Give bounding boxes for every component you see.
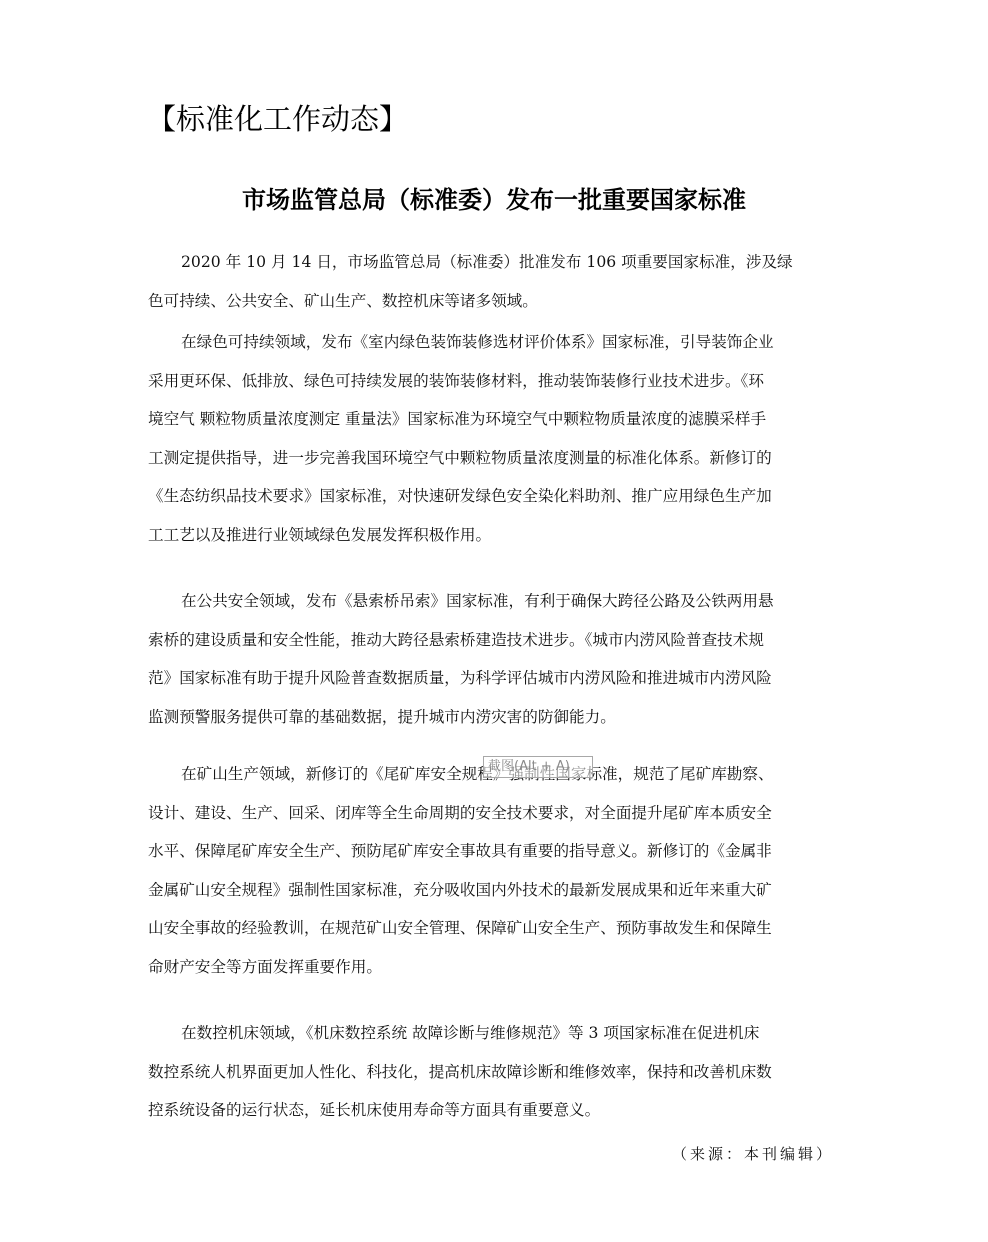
article-title: 市场监管总局（标准委）发布一批重要国家标准 [0,180,988,220]
text-line: 范》国家标准有助于提升风险普查数据质量，为科学评估城市内涝风险和推进城市内涝风险 [148,659,841,698]
text-line: 金属矿山安全规程》强制性国家标准，充分吸收国内外技术的最新发展成果和近年来重大矿 [148,871,841,910]
text-line: 《生态纺织品技术要求》国家标准，对快速研发绿色安全染化料助剂、推广应用绿色生产加 [148,477,841,516]
text-line: 采用更环保、低排放、绿色可持续发展的装饰装修材料，推动装饰装修行业技术进步。《环 [148,362,841,401]
text-line: 命财产安全等方面发挥重要作用。 [148,948,841,987]
text-line: 工工艺以及推进行业领域绿色发展发挥积极作用。 [148,516,841,555]
document-page: 【标准化工作动态】 市场监管总局（标准委）发布一批重要国家标准 2020 年 1… [0,0,988,1242]
text-line: 索桥的建设质量和安全性能，推动大跨径悬索桥建造技术进步。《城市内涝风险普查技术规 [148,621,841,660]
text-line: 设计、建设、生产、回采、闭库等全生命周期的安全技术要求，对全面提升尾矿库本质安全 [148,794,841,833]
text-line: 2020 年 10 月 14 日，市场监管总局（标准委）批准发布 106 项重要… [148,243,841,282]
text-line: 监测预警服务提供可靠的基础数据，提升城市内涝灾害的防御能力。 [148,698,841,737]
paragraph-2: 在绿色可持续领域，发布《室内绿色装饰装修选材评价体系》国家标准，引导装饰企业 采… [148,323,841,555]
paragraph-5: 在数控机床领域，《机床数控系统 故障诊断与维修规范》等 3 项国家标准在促进机床… [148,1014,841,1130]
text-line: 色可持续、公共安全、矿山生产、数控机床等诸多领域。 [148,282,841,321]
paragraph-3: 在公共安全领域，发布《悬索桥吊索》国家标准，有利于确保大跨径公路及公铁两用悬 索… [148,582,841,736]
text-line: 在绿色可持续领域，发布《室内绿色装饰装修选材评价体系》国家标准，引导装饰企业 [148,323,841,362]
paragraph-4: 在矿山生产领域，新修订的《尾矿库安全规程》强制性国家标准，规范了尾矿库勘察、 设… [148,755,841,987]
screenshot-tooltip: 截图(Alt + A) [483,756,593,778]
text-line: 在数控机床领域，《机床数控系统 故障诊断与维修规范》等 3 项国家标准在促进机床 [148,1014,841,1053]
text-line: 山安全事故的经验教训，在规范矿山安全管理、保障矿山安全生产、预防事故发生和保障生 [148,909,841,948]
paragraph-1: 2020 年 10 月 14 日，市场监管总局（标准委）批准发布 106 项重要… [148,243,841,320]
text-line: 水平、保障尾矿库安全生产、预防尾矿库安全事故具有重要的指导意义。新修订的《金属非 [148,832,841,871]
section-header: 【标准化工作动态】 [147,99,408,139]
text-line: 数控系统人机界面更加人性化、科技化，提高机床故障诊断和维修效率，保持和改善机床数 [148,1053,841,1092]
text-line: 境空气 颗粒物质量浓度测定 重量法》国家标准为环境空气中颗粒物质量浓度的滤膜采样… [148,400,841,439]
text-line: 控系统设备的运行状态，延长机床使用寿命等方面具有重要意义。 [148,1091,841,1130]
text-line: 在公共安全领域，发布《悬索桥吊索》国家标准，有利于确保大跨径公路及公铁两用悬 [148,582,841,621]
text-line: 工测定提供指导，进一步完善我国环境空气中颗粒物质量浓度测量的标准化体系。新修订的 [148,439,841,478]
source-attribution: （来源：本刊编辑） [672,1140,834,1168]
